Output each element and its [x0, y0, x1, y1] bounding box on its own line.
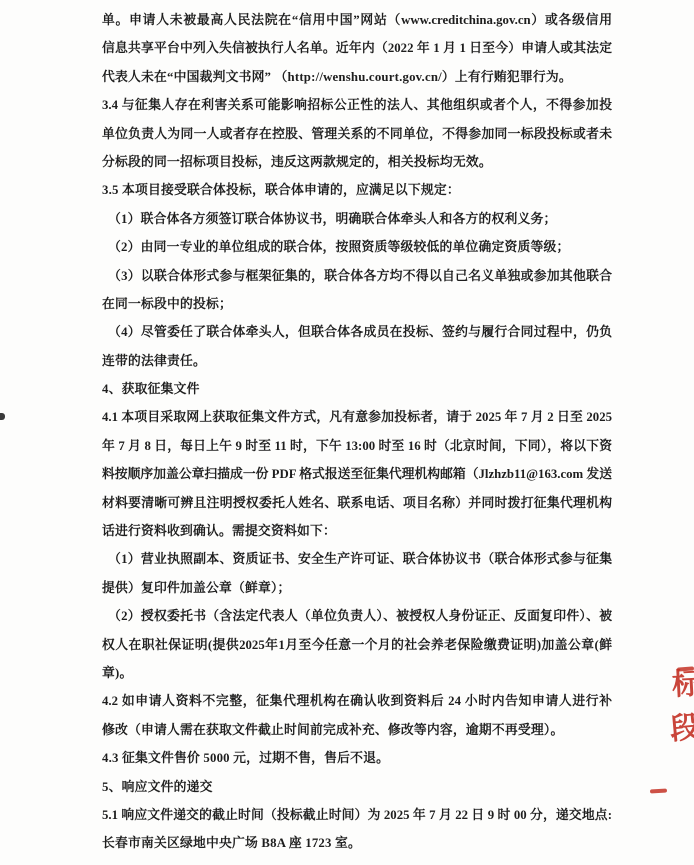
- text-line: 单。申请人未被最高人民法院在“信用中国”网站（www.creditchina.g…: [102, 6, 612, 34]
- red-stamp-fragment: 段: [669, 713, 694, 746]
- text-line: 单位负责人为同一人或者存在控股、管理关系的不同单位，不得参加同一标段投标或者未划: [102, 120, 612, 148]
- text-line: （4）尽管委任了联合体牵头人，但联合体各成员在投标、签约与履行合同过程中，仍负有: [102, 318, 612, 346]
- text-line: 修改（申请人需在获取文件截止时间前完成补充、修改等内容，逾期不再受理）。: [102, 716, 612, 744]
- document-page: 单。申请人未被最高人民法院在“信用中国”网站（www.creditchina.g…: [102, 6, 612, 858]
- text-line: 4.3 征集文件售价 5000 元，过期不售，售后不退。: [102, 744, 612, 772]
- red-stamp-stroke: [650, 789, 667, 794]
- text-line: 料按顺序加盖公章扫描成一份 PDF 格式报送至征集代理机构邮箱（Jlzhzb11…: [102, 460, 612, 488]
- scan-artifact-speck: [0, 413, 5, 420]
- text-line: （2）由同一专业的单位组成的联合体，按照资质等级较低的单位确定资质等级；: [102, 233, 612, 261]
- text-line: 长春市南关区绿地中央广场 B8A 座 1723 室。: [102, 829, 612, 857]
- red-stamp-fragment: 标: [671, 669, 694, 701]
- text-line: （1）营业执照副本、资质证书、安全生产许可证、联合体协议书（联合体形式参与征集的: [102, 545, 612, 573]
- document-text: 单。申请人未被最高人民法院在“信用中国”网站（www.creditchina.g…: [102, 6, 612, 858]
- text-line: 在同一标段中的投标；: [102, 290, 612, 318]
- text-line: 信息共享平台中列入失信被执行人名单。近年内（2022 年 1 月 1 日至今）申…: [102, 34, 612, 62]
- text-line: 3.4 与征集人存在利害关系可能影响招标公正性的法人、其他组织或者个人，不得参加…: [102, 91, 612, 119]
- text-line: 分标段的同一招标项目投标，违反这两款规定的，相关投标均无效。: [102, 148, 612, 176]
- text-line: 材料要清晰可辨且注明授权委托人姓名、联系电话、项目名称）并同时拨打征集代理机构电: [102, 489, 612, 517]
- text-line: 代表人未在“中国裁判文书网” （http://wenshu.court.gov.…: [102, 63, 612, 91]
- text-line: 年 7 月 8 日，每日上午 9 时至 11 时，下午 13:00 时至 16 …: [102, 432, 612, 460]
- text-line: 5.1 响应文件递交的截止时间（投标截止时间）为 2025 年 7 月 22 日…: [102, 801, 612, 829]
- text-line: 章)。: [102, 659, 612, 687]
- text-line: 4、获取征集文件: [102, 375, 612, 403]
- text-line: （1）联合体各方须签订联合体协议书，明确联合体牵头人和各方的权利义务；: [102, 205, 612, 233]
- text-line: （3）以联合体形式参与框架征集的，联合体各方均不得以自己名义单独或参加其他联合体: [102, 262, 612, 290]
- text-line: 3.5 本项目接受联合体投标，联合体申请的，应满足以下规定：: [102, 176, 612, 204]
- text-line: 话进行资料收到确认。需提交资料如下：: [102, 517, 612, 545]
- text-line: 5、响应文件的递交: [102, 773, 612, 801]
- text-line: 连带的法律责任。: [102, 347, 612, 375]
- text-line: 权人在职社保证明(提供2025年1月至今任意一个月的社会养老保险缴费证明)加盖公…: [102, 631, 612, 659]
- text-line: 提供）复印件加盖公章（鲜章）；: [102, 574, 612, 602]
- text-line: 4.2 如申请人资料不完整，征集代理机构在确认收到资料后 24 小时内告知申请人…: [102, 687, 612, 715]
- text-line: （2）授权委托书（含法定代表人（单位负责人）、被授权人身份证正、反面复印件）、被…: [102, 602, 612, 630]
- text-line: 4.1 本项目采取网上获取征集文件方式，凡有意参加投标者，请于 2025 年 7…: [102, 403, 612, 431]
